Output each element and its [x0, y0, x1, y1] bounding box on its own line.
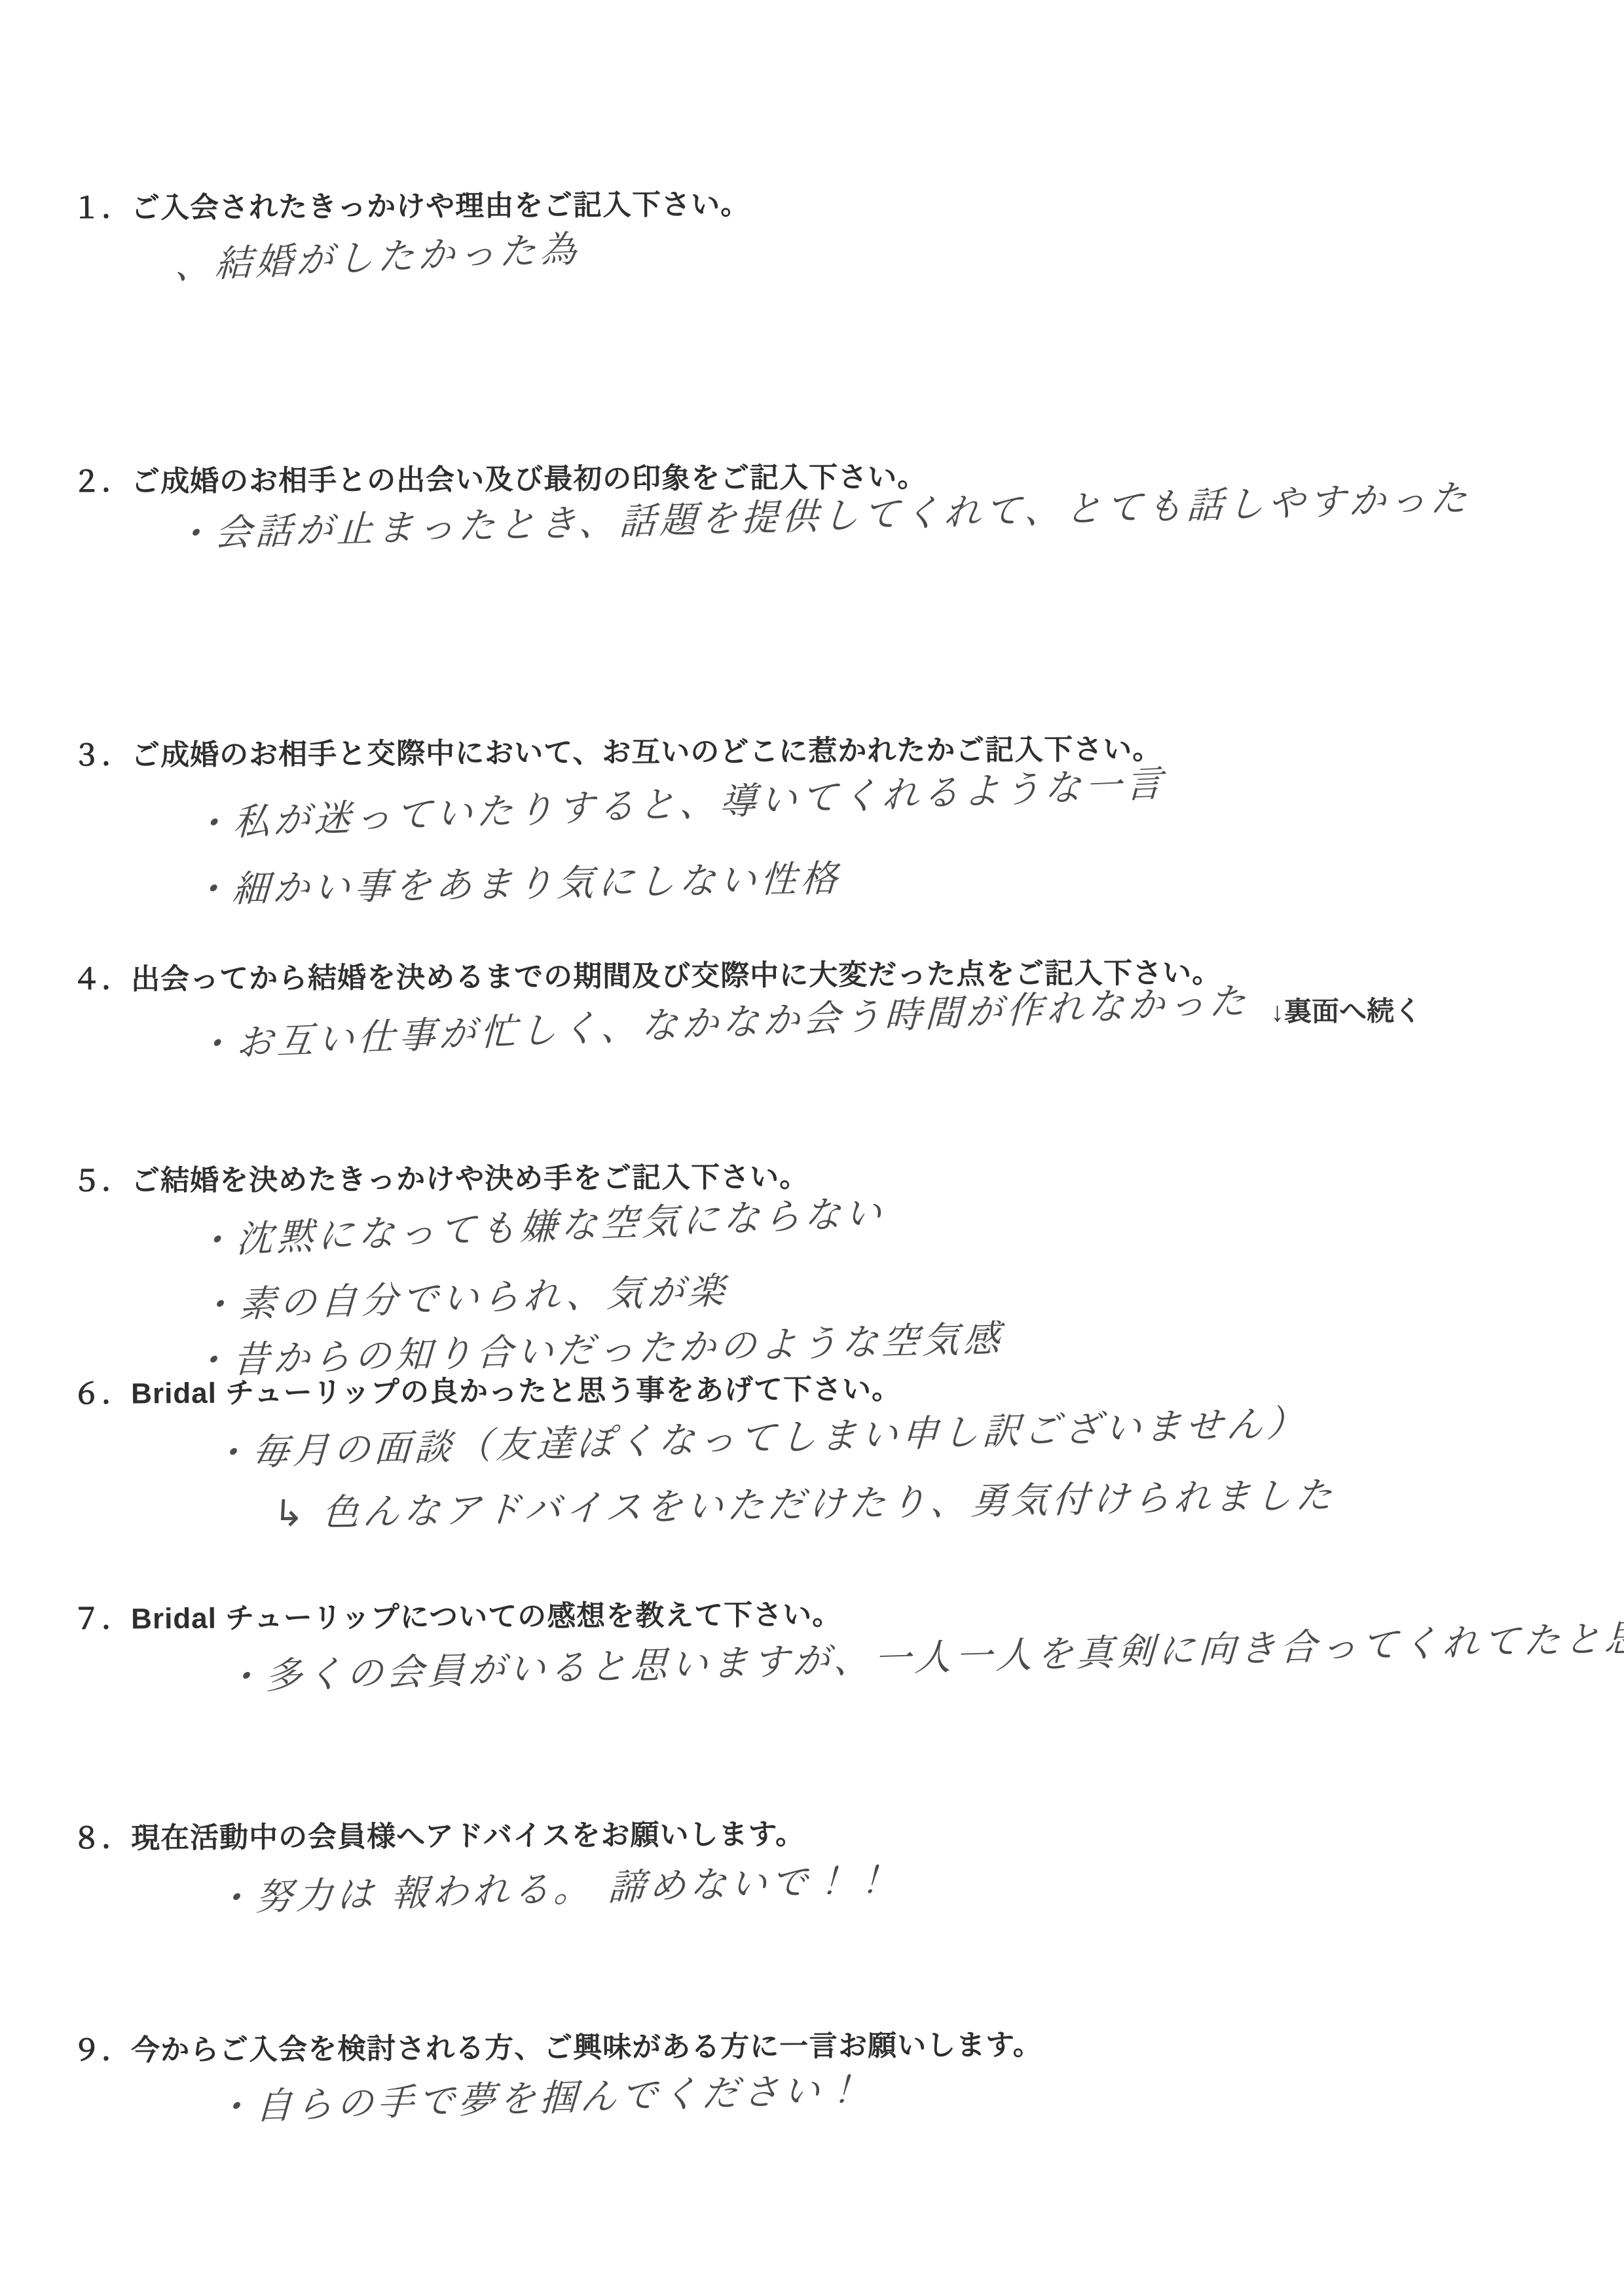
question-3-answer-line: ・細かい事をあまり気にしない性格: [191, 850, 843, 913]
question-8-label: ８．現在活動中の会員様へアドバイスをお願いします。: [72, 1810, 805, 1857]
question-8-answer-line: ・努力は 報われる。 諦めないで！！: [214, 1851, 894, 1922]
question-9-answer-line: ・自らの手で夢を掴んでください！: [214, 2060, 866, 2131]
question-6-label: ６．Bridal チューリップの良かったと思う事をあげて下さい。: [72, 1365, 901, 1412]
scanned-questionnaire-page: １．ご入会されたきっかけや理由をご記入下さい。 、結婚がしたかった為 ２．ご成婚…: [0, 0, 1624, 2296]
question-9-label: ９．今からご入会を検討される方、ご興味がある方に一言お願いします。: [72, 2021, 1043, 2069]
question-7-label: ７．Bridal チューリップについての感想を教えて下さい。: [72, 1591, 841, 1637]
question-6-answer-line: ↳ 色んなアドバイスをいただけたり、勇気付けられました: [272, 1467, 1338, 1537]
continuation-note: ↓裏面へ続く: [1270, 989, 1422, 1029]
question-1-answer-line: 、結婚がしたかった為: [174, 220, 581, 289]
question-1-label: １．ご入会されたきっかけや理由をご記入下さい。: [72, 181, 750, 227]
